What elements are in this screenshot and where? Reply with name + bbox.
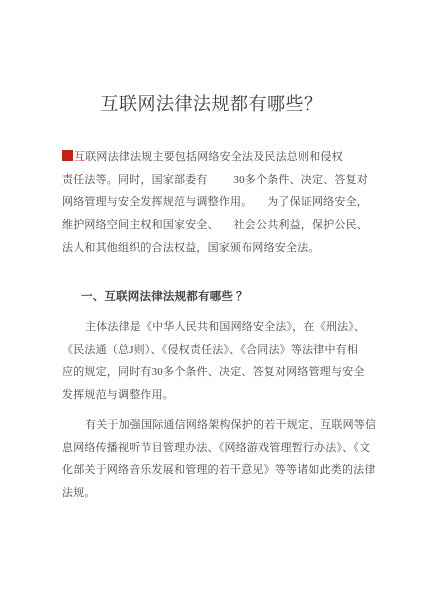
intro-line-3-right: 为了保证网络安全， xyxy=(267,191,368,214)
para2-line-1-left: 有关于加强国际通信网络架构保护的若干规定、 xyxy=(85,414,320,437)
intro-lead-char: 互 xyxy=(74,151,85,163)
intro-line-2: 责任法等。同时，国家部委有 30多个条件、决定、答复对 xyxy=(62,169,368,192)
para2-line-1: 有关于加强国际通信网络架构保护的若干规定、 互联网等信 xyxy=(62,414,368,437)
intro-line-4-left: 维护网络空间主权和国家安全、 xyxy=(62,214,219,237)
intro-line-2-left: 责任法等。同时，国家部委有 xyxy=(62,169,208,192)
para2-line-3: 化部关于网络音乐发展和管理的若干意见》 等等诸如此类的法律 xyxy=(62,459,368,482)
intro-line-1-text: 联网法律法规主要包括网络安全法及民法总则和侵权 xyxy=(85,151,343,163)
section-paragraph-2: 有关于加强国际通信网络架构保护的若干规定、 互联网等信 息网络传播视听节目管理办… xyxy=(62,414,368,505)
red-square-bullet-icon xyxy=(62,150,73,161)
para1-line-2: 《民法通（总J则）、《侵权责任法》、《合同法》等法律中有相 xyxy=(62,339,368,362)
intro-line-4: 维护网络空间主权和国家安全、 社会公共利益，保护公民、 xyxy=(62,214,368,237)
section-heading: 一、互联网法律法规都有哪些 ？ xyxy=(62,286,368,308)
para1-line-3: 应的规定，同时有30多个条件、决定、答复对网络管理与安全 xyxy=(62,361,368,384)
para1-line-1: 主体法律是《中华人民共和国网络安全法》，在《刑法》、 xyxy=(62,316,368,339)
intro-line-3-left: 网络管理与安全发挥规范与调整作用。 xyxy=(62,191,252,214)
intro-line-1: 互联网法律法规主要包括网络安全法及民法总则和侵权 xyxy=(62,146,368,169)
intro-line-4-right: 社会公共利益，保护公民、 xyxy=(234,214,368,237)
section-paragraph-1: 主体法律是《中华人民共和国网络安全法》，在《刑法》、 《民法通（总J则）、《侵权… xyxy=(62,316,368,407)
para2-line-4: 法规。 xyxy=(62,482,368,505)
intro-line-2-right: 30多个条件、决定、答复对 xyxy=(233,169,368,192)
page-title: 互联网法律法规都有哪些？ xyxy=(0,91,423,117)
para2-line-3-right: 等等诸如此类的法律 xyxy=(275,459,376,482)
intro-paragraph: 互联网法律法规主要包括网络安全法及民法总则和侵权 责任法等。同时，国家部委有 3… xyxy=(62,146,368,260)
intro-line-5: 法人和其他组织的合法权益，国家颁布网络安全法。 xyxy=(62,237,368,260)
para2-line-1-right: 互联网等信 xyxy=(320,414,376,437)
para2-line-3-left: 化部关于网络音乐发展和管理的若干意见》 xyxy=(62,459,275,482)
para1-line-4: 发挥规范与调整作用。 xyxy=(62,384,368,407)
para2-line-2: 息网络传播视听节目管理办法、《网络游戏管理暂行办法》、《文 xyxy=(62,437,368,460)
document-page: 互联网法律法规都有哪些？ 互联网法律法规主要包括网络安全法及民法总则和侵权 责任… xyxy=(0,0,423,600)
intro-line-3: 网络管理与安全发挥规范与调整作用。 为了保证网络安全， xyxy=(62,191,368,214)
